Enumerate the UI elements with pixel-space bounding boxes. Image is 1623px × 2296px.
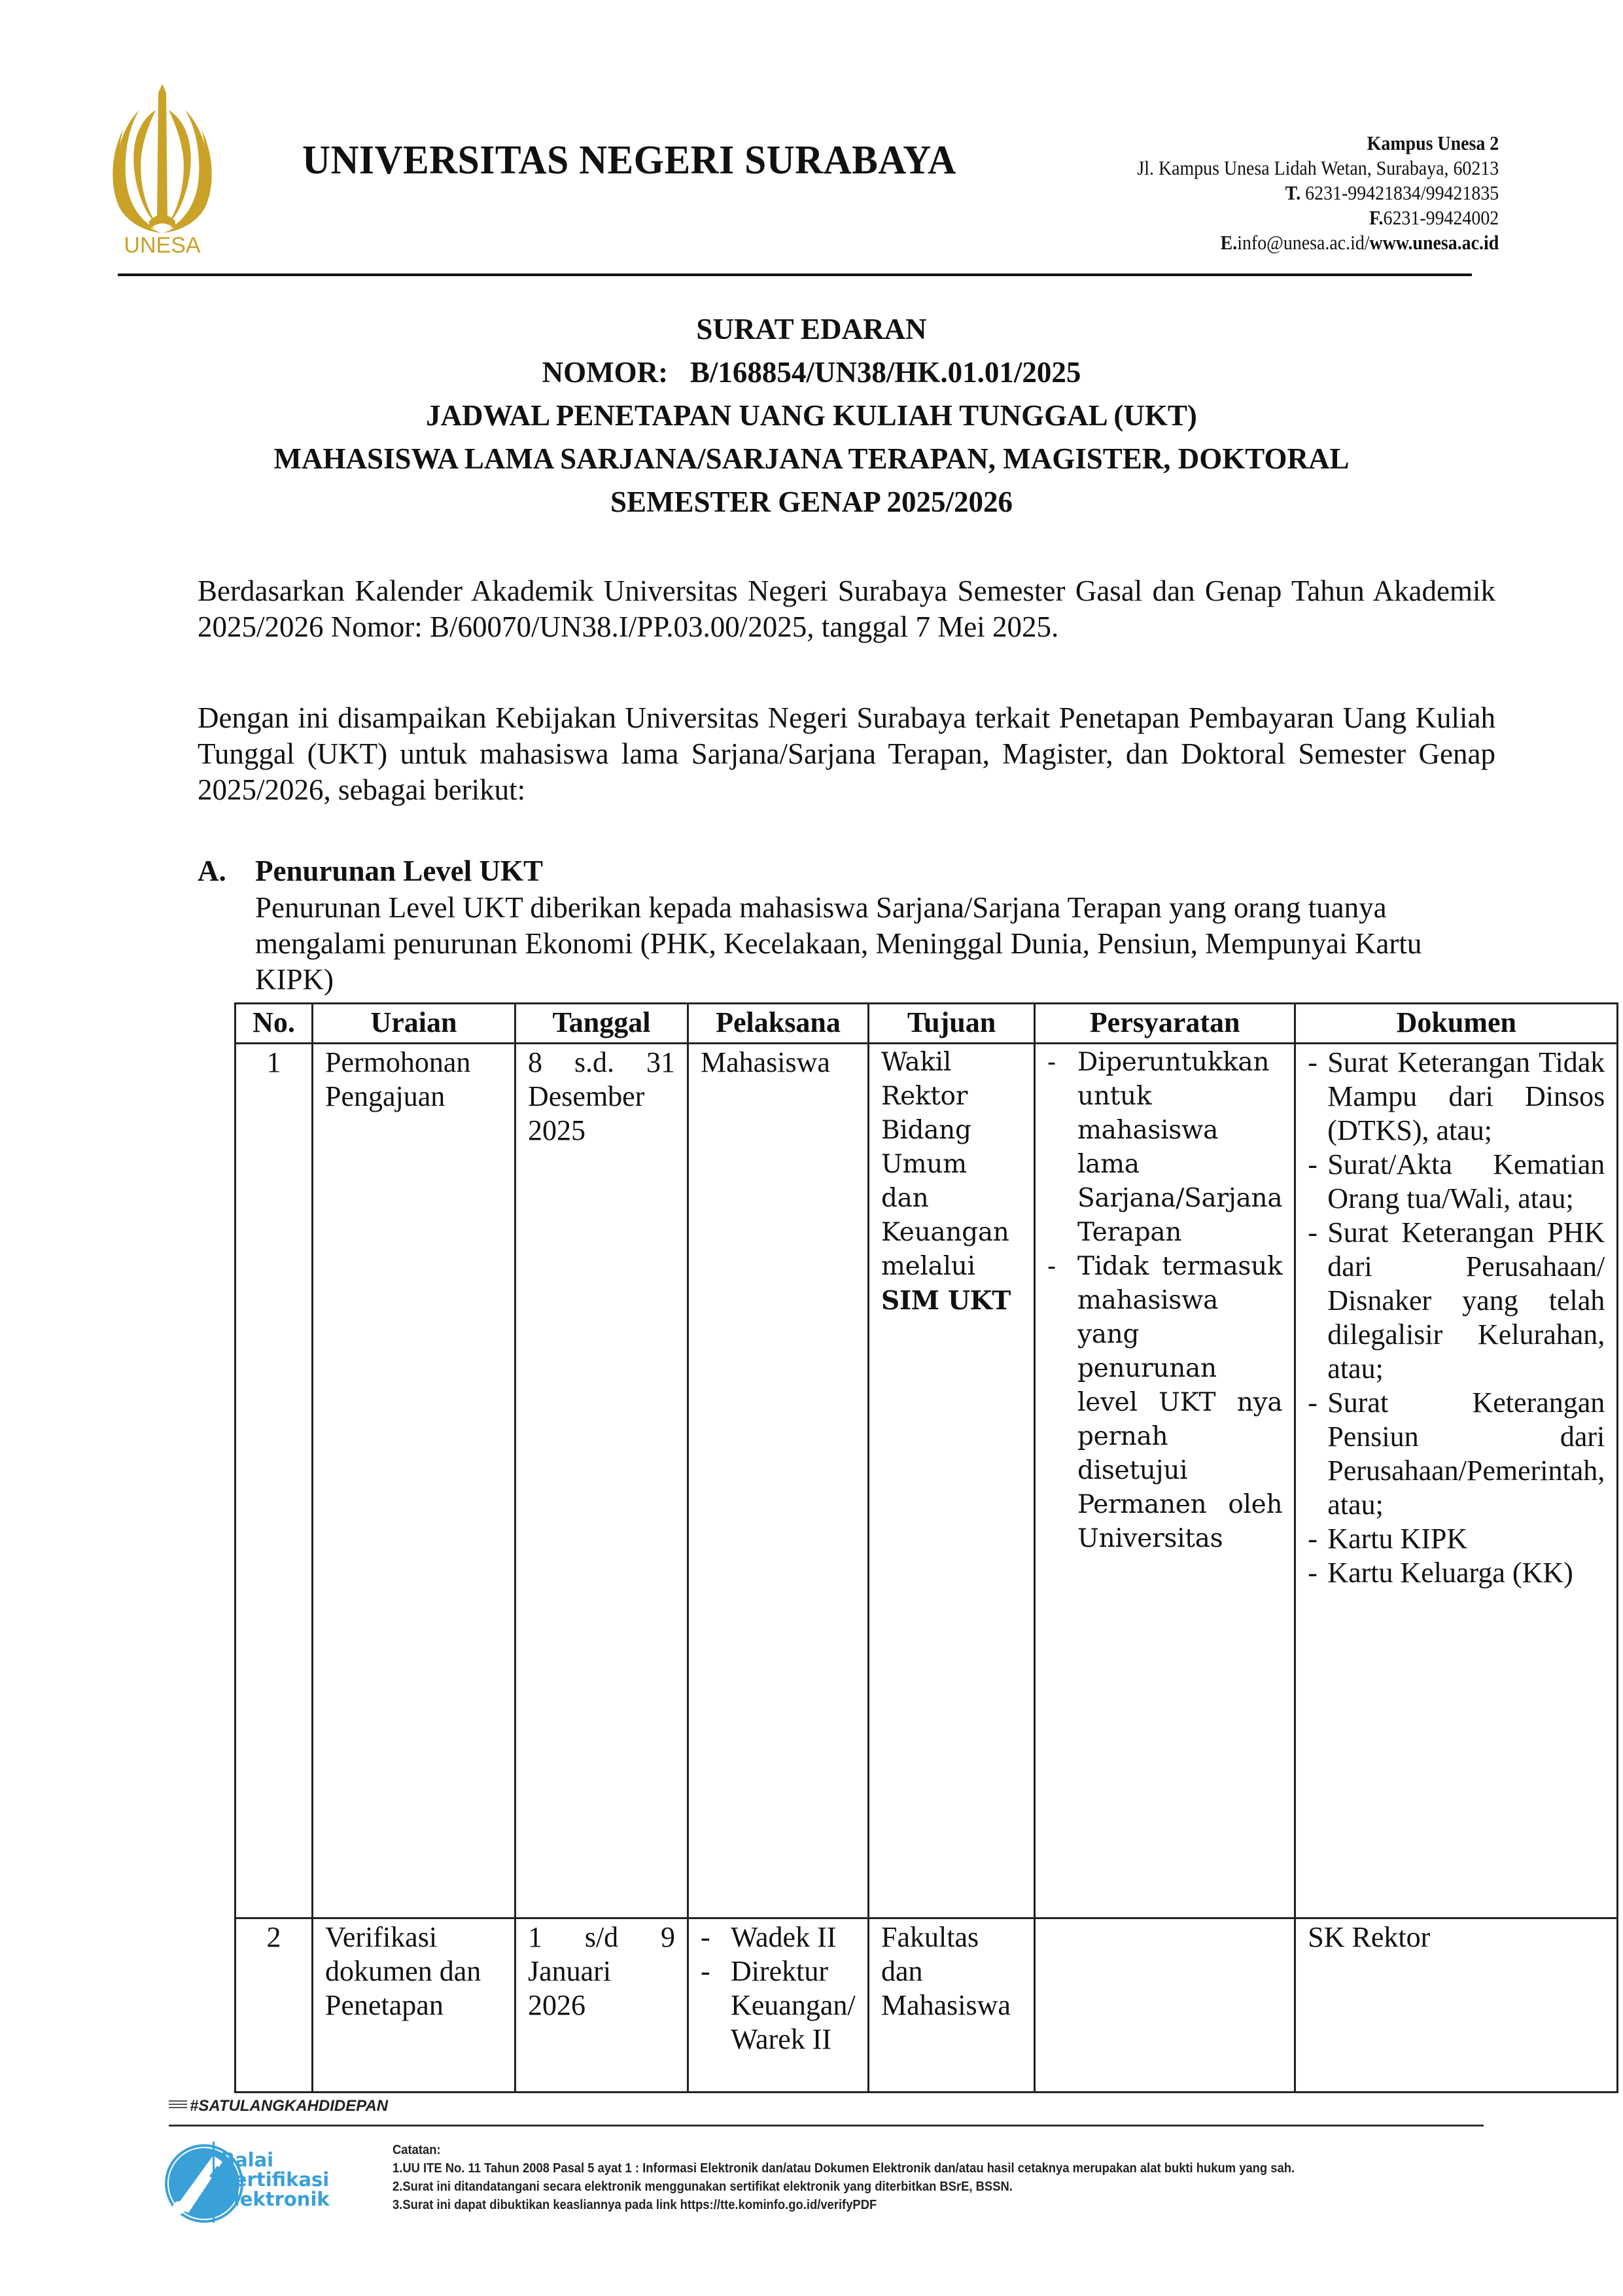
title-line-5: SEMESTER GENAP 2025/2026: [0, 480, 1623, 523]
phone-line: T. 6231-99421834/99421835: [1137, 181, 1499, 205]
email-link[interactable]: info@unesa.ac.id/: [1237, 231, 1369, 254]
table-row: 1 Permohonan Pengajuan 8 s.d. 31 Desembe…: [236, 1044, 1618, 1918]
website-link[interactable]: www.unesa.ac.id: [1369, 231, 1499, 254]
section-a-description: Penurunan Level UKT diberikan kepada mah…: [255, 890, 1446, 998]
col-header-dokumen: Dokumen: [1295, 1004, 1618, 1044]
cell-tanggal: 1 s/d 9 Januari 2026: [515, 1918, 688, 2093]
unesa-logo: UNESA: [110, 84, 215, 255]
tagline: #SATULANGKAHDIDEPAN: [190, 2097, 388, 2115]
cell-tanggal: 8 s.d. 31 Desember 2025: [515, 1044, 688, 1918]
col-header-tanggal: Tanggal: [515, 1004, 688, 1044]
col-header-tujuan: Tujuan: [869, 1004, 1035, 1044]
note-item: 2.Surat ini ditandatangani secara elektr…: [393, 2178, 1295, 2196]
schedule-table: No. Uraian Tanggal Pelaksana Tujuan Pers…: [234, 1002, 1618, 2093]
section-a-title: Penurunan Level UKT: [255, 854, 543, 888]
table-header-row: No. Uraian Tanggal Pelaksana Tujuan Pers…: [236, 1004, 1618, 1044]
col-header-no: No.: [236, 1004, 313, 1044]
bsre-separator: [213, 2142, 215, 2223]
footer-notes: Catatan: 1.UU ITE No. 11 Tahun 2008 Pasa…: [393, 2141, 1295, 2214]
col-header-persyaratan: Persyaratan: [1035, 1004, 1295, 1044]
list-item: Surat Keterangan Tidak Mampu dari Dinsos…: [1308, 1046, 1605, 1148]
list-item: Kartu KIPK: [1308, 1522, 1605, 1556]
note-item: 1.UU ITE No. 11 Tahun 2008 Pasal 5 ayat …: [393, 2159, 1295, 2178]
fax-line: F.6231-99424002: [1137, 205, 1499, 230]
bsre-wordmark: Balai Sertifikasi Elektronik: [220, 2150, 330, 2209]
verify-link[interactable]: 3.Surat ini dapat dibuktikan keasliannya…: [393, 2196, 1295, 2214]
university-name: UNIVERSITAS NEGERI SURABAYA: [302, 137, 956, 184]
list-item: Tidak termasuk mahasiswa yang penurunan …: [1047, 1250, 1282, 1556]
cell-uraian: Verifikasi dokumen dan Penetapan: [313, 1918, 515, 2093]
list-item: Surat Keterangan PHK dari Perusahaan/ Di…: [1308, 1216, 1605, 1386]
cell-persyaratan: [1035, 1918, 1295, 2093]
contact-block: Kampus Unesa 2 Jl. Kampus Unesa Lidah We…: [1137, 131, 1499, 255]
list-item: Diperuntukkan untuk mahasiswa lama Sarja…: [1047, 1046, 1282, 1250]
cell-tujuan: Fakultas dan Mahasiswa: [869, 1918, 1035, 2093]
documents-list: Surat Keterangan Tidak Mampu dari Dinsos…: [1308, 1046, 1605, 1590]
list-item: Kartu Keluarga (KK): [1308, 1556, 1605, 1590]
paragraph-basis: Berdasarkan Kalender Akademik Universita…: [198, 573, 1495, 645]
section-a-label: A.: [198, 854, 226, 888]
list-item: Surat/Akta Kematian Orang tua/Wali, atau…: [1308, 1148, 1605, 1216]
col-header-pelaksana: Pelaksana: [688, 1004, 869, 1044]
email-line: E.info@unesa.ac.id/www.unesa.ac.id: [1137, 230, 1499, 255]
svg-text:UNESA: UNESA: [124, 233, 200, 255]
cell-pelaksana: Wadek II Direktur Keuangan/ Warek II: [688, 1918, 869, 2093]
list-item: Wadek II: [701, 1920, 856, 1954]
title-line-3: JADWAL PENETAPAN UANG KULIAH TUNGGAL (UK…: [0, 394, 1623, 437]
requirements-list: Diperuntukkan untuk mahasiswa lama Sarja…: [1047, 1046, 1282, 1556]
sim-ukt-label: SIM UKT: [881, 1286, 1011, 1316]
cell-no: 1: [236, 1044, 313, 1918]
notes-title: Catatan:: [393, 2141, 1295, 2159]
campus-name: Kampus Unesa 2: [1137, 131, 1499, 156]
table-row: 2 Verifikasi dokumen dan Penetapan 1 s/d…: [236, 1918, 1618, 2093]
list-item: Direktur Keuangan/ Warek II: [701, 1954, 856, 2057]
cell-tujuan: Wakil Rektor Bidang Umum dan Keuangan me…: [869, 1044, 1035, 1918]
executor-list: Wadek II Direktur Keuangan/ Warek II: [701, 1920, 856, 2057]
title-line-1: SURAT EDARAN: [0, 308, 1623, 351]
document-title: SURAT EDARAN NOMOR: B/168854/UN38/HK.01.…: [0, 308, 1623, 523]
title-line-4: MAHASISWA LAMA SARJANA/SARJANA TERAPAN, …: [0, 437, 1623, 480]
cell-dokumen: Surat Keterangan Tidak Mampu dari Dinsos…: [1295, 1044, 1618, 1918]
footer-divider: [169, 2125, 1484, 2127]
title-number: NOMOR: B/168854/UN38/HK.01.01/2025: [0, 351, 1623, 394]
cell-pelaksana: Mahasiswa: [688, 1044, 869, 1918]
paragraph-policy: Dengan ini disampaikan Kebijakan Univers…: [198, 700, 1495, 808]
list-item: Surat Keterangan Pensiun dari Perusahaan…: [1308, 1386, 1605, 1522]
cell-dokumen: SK Rektor: [1295, 1918, 1618, 2093]
header-divider: [118, 274, 1472, 276]
cell-persyaratan: Diperuntukkan untuk mahasiswa lama Sarja…: [1035, 1044, 1295, 1918]
cell-uraian: Permohonan Pengajuan: [313, 1044, 515, 1918]
tagline-decoration: [169, 2100, 187, 2111]
cell-no: 2: [236, 1918, 313, 2093]
col-header-uraian: Uraian: [313, 1004, 515, 1044]
address: Jl. Kampus Unesa Lidah Wetan, Surabaya, …: [1137, 156, 1499, 181]
